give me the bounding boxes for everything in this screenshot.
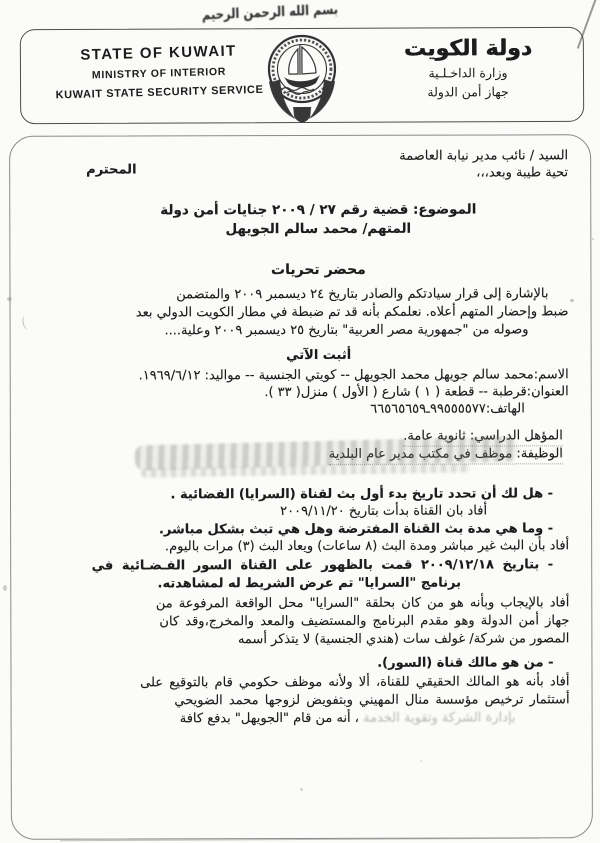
answer-4-line-3: بإدارة الشركة وتقوية الخدمة ، أنه من قام…	[180, 709, 516, 727]
service-name-english: KUWAIT STATE SECURITY SERVICE	[37, 83, 281, 102]
scan-speck	[560, 455, 563, 457]
answer-3-line-1: أفاد بالإيجاب وبأنه هو من كان بحلقة "الس…	[156, 594, 570, 612]
bismillah-calligraphy: بسم الله الرحمن الرحيم	[200, 1, 340, 24]
ministry-name-arabic: وزارة الداخـلـية	[373, 65, 563, 81]
answer-3-line-2: جهاز أمن الدولة وهو مقدم البرنامج والمست…	[159, 612, 569, 630]
document-body-box: السيد / نائب مدير نيابة العاصمة المحترم …	[9, 134, 593, 840]
detail-phone: الهاتف:٩٩٥٥٥٥٧٧ـ٦٦٥٦٥٦٥٩	[370, 400, 525, 417]
answer-4-line-2: أستثمار ترخيص مؤسسة منال المهيني وبتفويض…	[174, 691, 569, 709]
scan-speck	[7, 297, 12, 301]
report-title: محضر تحريات	[28, 261, 600, 280]
state-name-english: STATE OF KUWAIT	[36, 41, 280, 65]
intro-line-2: ضبط وإحضار المتهم أعلاه. نعلمكم بأنه قد …	[136, 303, 569, 321]
subject-line-2: المتهم/ محمد سالم الجويهل	[28, 220, 600, 239]
scan-speck	[3, 585, 7, 591]
letterhead-english: STATE OF KUWAIT MINISTRY OF INTERIOR KUW…	[36, 41, 281, 102]
scan-speck	[543, 305, 546, 307]
question-4: - من هو مالك قناة (السور).	[377, 654, 553, 671]
ministry-name-english: MINISTRY OF INTERIOR	[37, 64, 281, 83]
scan-speck	[300, 788, 303, 791]
scanned-document-page: بسم الله الرحمن الرحيم STATE OF KUWAIT M…	[0, 0, 600, 843]
answer-4-line-1: أفاد بأنه هو المالك الحقيقي للقناة، ألا …	[140, 673, 569, 691]
question-1: - هل لك أن تحدد تاريخ بدء أول بث لقناة (…	[170, 485, 553, 503]
letterhead-arabic: دولة الكويت وزارة الداخـلـية جهاز أمن ال…	[373, 36, 563, 100]
intro-line-1: بالإشارة إلى قرار سيادتكم والصادر بتاريخ…	[176, 285, 548, 303]
subject-line-1: الموضوع: قضية رقم ٢٧ / ٢٠٠٩ جنايات أمن د…	[28, 201, 600, 220]
detail-address: العنوان:قرطبة -- قطعة ( ١ ) شارع ( الأول…	[264, 383, 568, 401]
question-3-line-1: - بتاريخ ٢٠٠٩/١٢/١٨ قمت بالظهور على القن…	[92, 556, 554, 574]
letterhead-box: STATE OF KUWAIT MINISTRY OF INTERIOR KUW…	[20, 27, 584, 124]
service-name-arabic: جهاز أمن الدولة	[373, 84, 563, 100]
detail-name: الاسم:محمد سالم جويهل محمد الجويهل -- كو…	[139, 366, 569, 384]
answer-1: أفاد بان القناة بدأت بتاريخ ٢٠٠٩/١١/٢٠	[280, 503, 487, 521]
intro-line-3: وصوله من "جمهورية مصر العربية" بتاريخ ٢٥…	[164, 321, 528, 339]
margin-scribble-mark	[21, 314, 34, 331]
state-name-arabic: دولة الكويت	[373, 36, 563, 63]
answer-2: أفاد بأن البث غير مباشر ومدة البث (٨ ساع…	[165, 537, 569, 555]
scan-speck	[570, 299, 574, 302]
question-2: - وما هي مدة بث القناة المفترضة وهل هي ت…	[159, 520, 553, 538]
addressee-line: السيد / نائب مدير نيابة العاصمة	[399, 147, 568, 164]
kuwait-emblem-icon	[264, 31, 340, 129]
honorific: المحترم	[86, 161, 136, 178]
faded-text-fragment: بإدارة الشركة وتقوية الخدمة	[363, 710, 516, 725]
greeting-line: تحية طيبة وبعد،،،	[476, 164, 568, 181]
answer-4-tail: ، أنه من قام "الجويهل" بدفع كافة	[180, 711, 359, 726]
scan-speck	[420, 760, 422, 762]
question-3-line-2: برنامج "السرايا" تم عرض الشريط له لمشاهد…	[19, 574, 599, 593]
answer-3-line-3: المصور من شركة/ غولف سات (هندي الجنسية) …	[238, 630, 570, 648]
scan-speck	[592, 238, 594, 240]
proved-heading: أثبت الآتي	[29, 346, 600, 365]
